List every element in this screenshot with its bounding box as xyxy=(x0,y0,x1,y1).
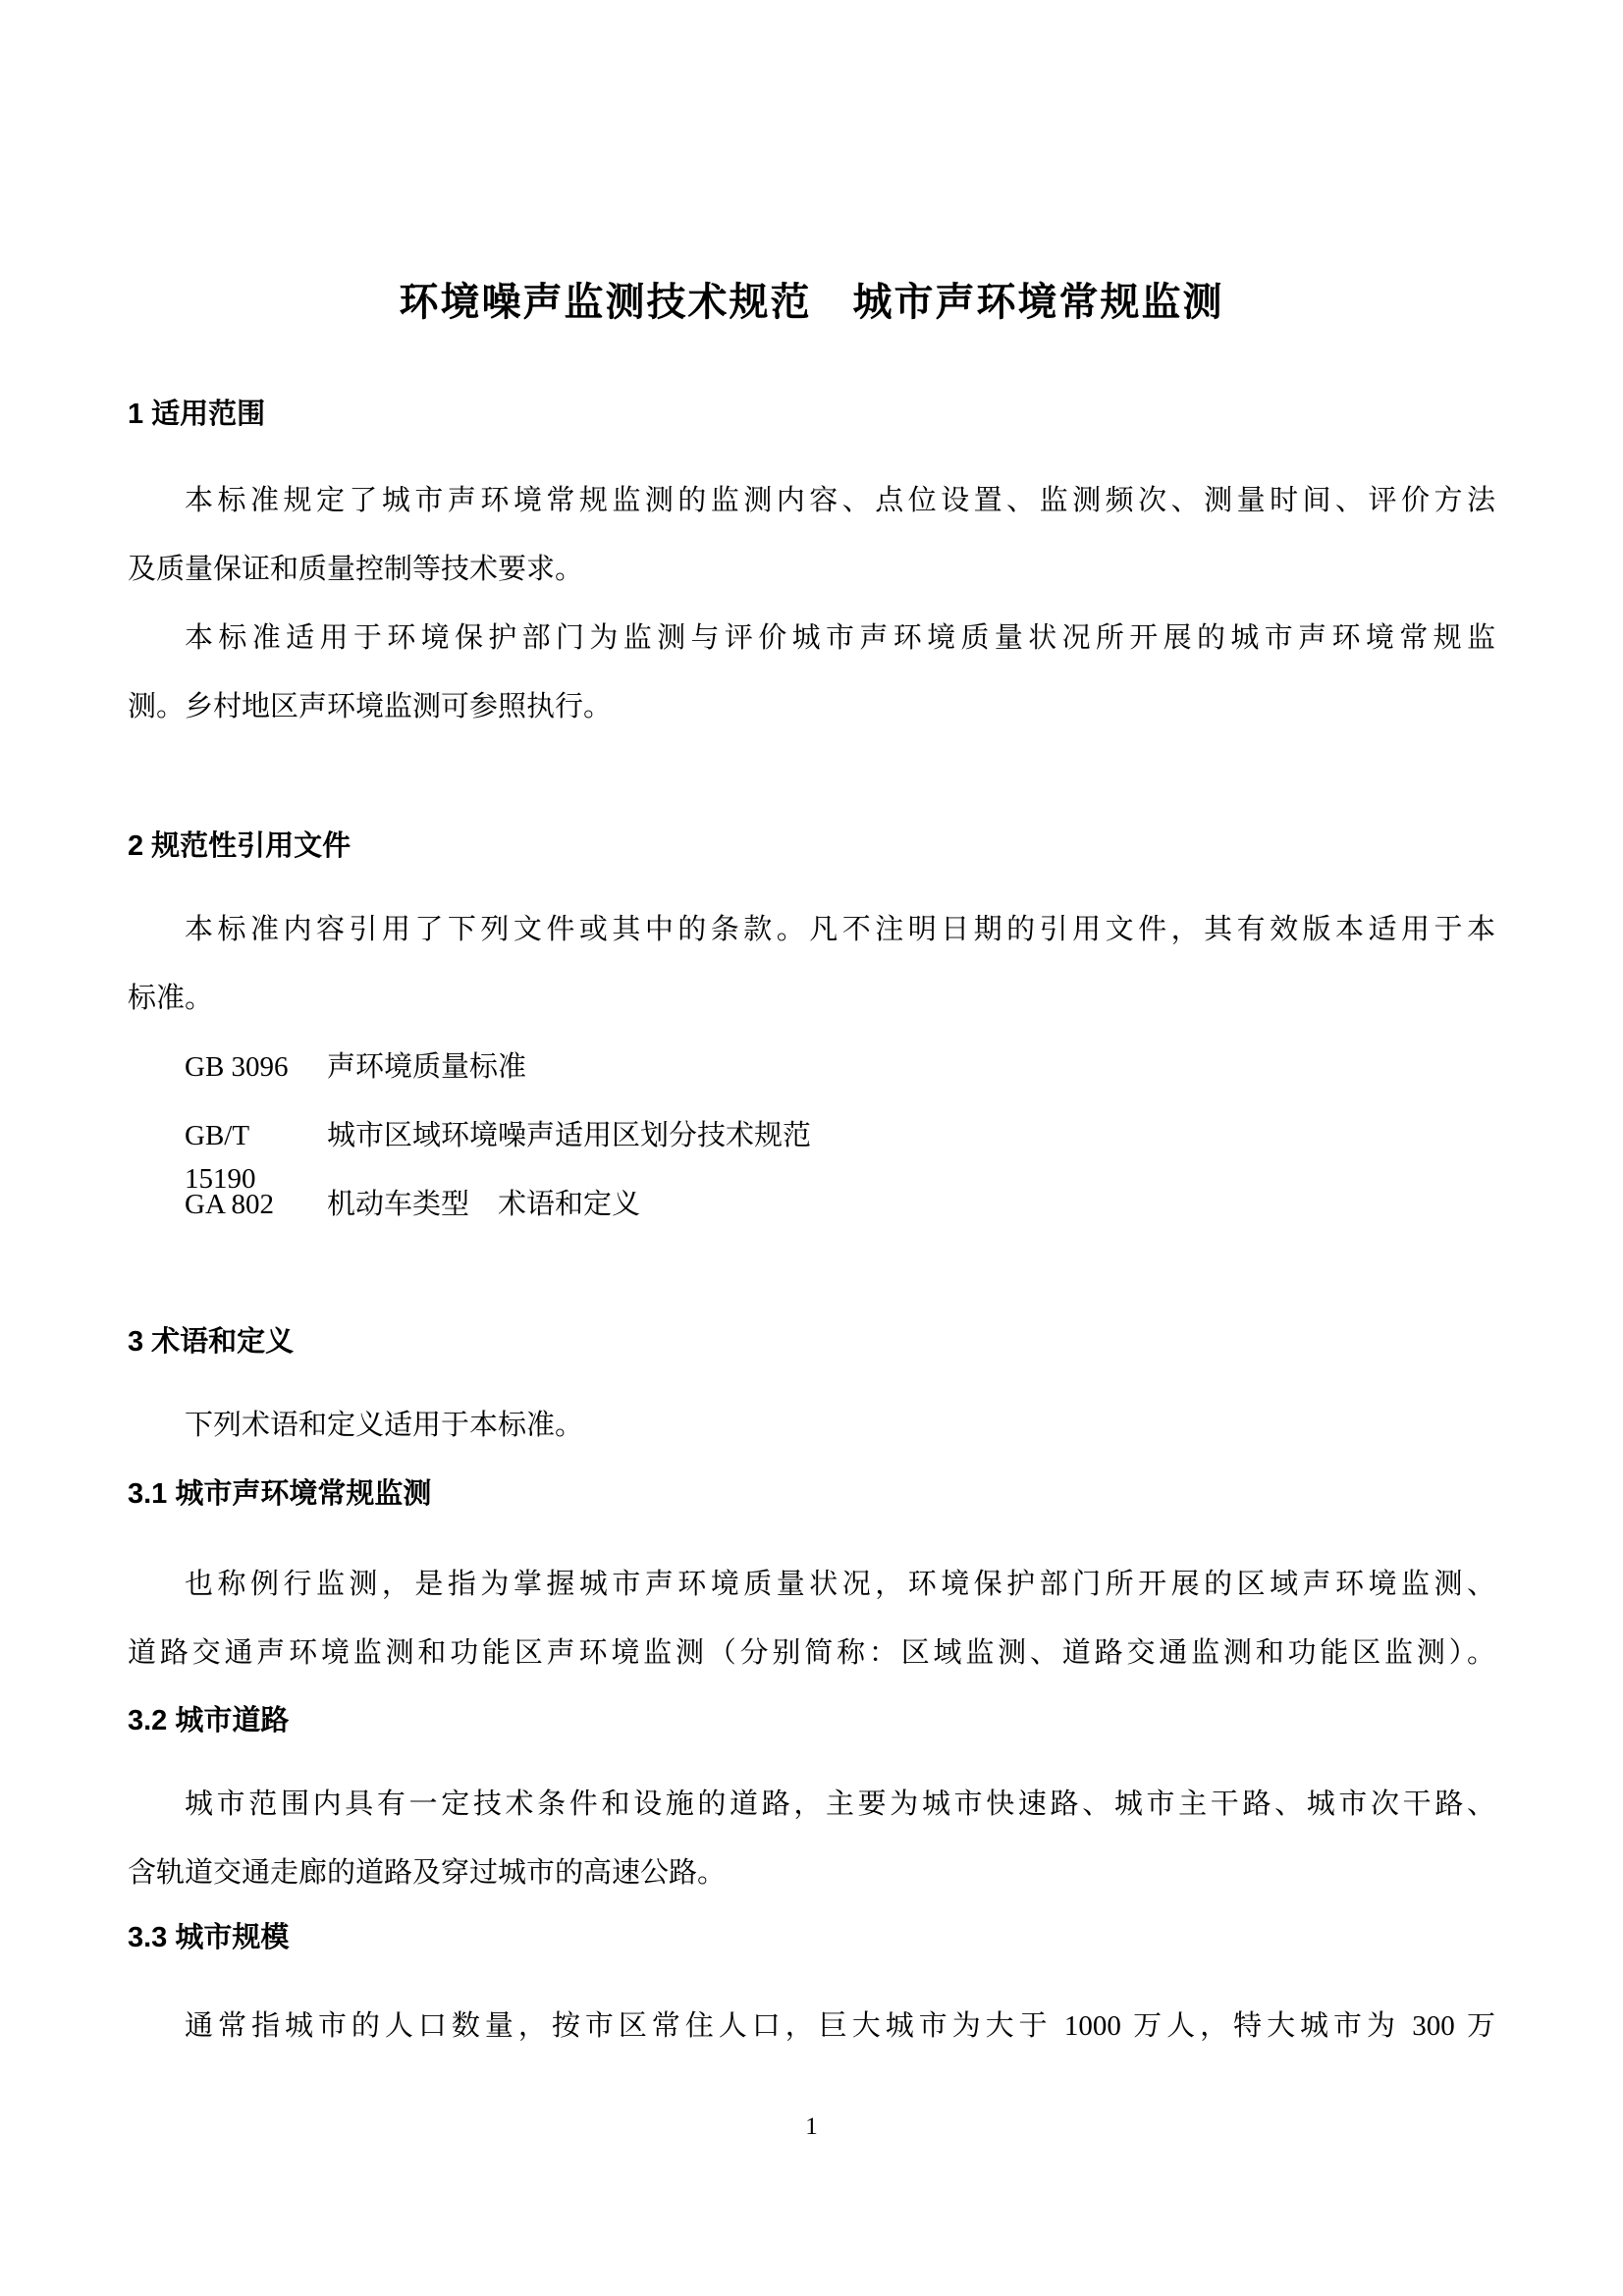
section-1-paragraph-2-line-2: 测。乡村地区声环境监测可参照执行。 xyxy=(128,685,1495,728)
reference-code: GB 3096 xyxy=(185,1045,327,1089)
section-3-2-line-1: 城市范围内具有一定技术条件和设施的道路，主要为城市快速路、城市主干路、城市次干路… xyxy=(128,1783,1495,1826)
reference-title: 机动车类型 术语和定义 xyxy=(327,1183,1495,1226)
section-3-3-line-1: 通常指城市的人口数量，按市区常住人口，巨大城市为大于 1000 万人，特大城市为… xyxy=(128,2004,1495,2048)
section-2-heading: 2 规范性引用文件 xyxy=(128,825,1495,868)
section-3-1-line-2: 道路交通声环境监测和功能区声环境监测（分别简称：区域监测、道路交通监测和功能区监… xyxy=(128,1631,1495,1675)
section-3-1-line-1: 也称例行监测，是指为掌握城市声环境质量状况，环境保护部门所开展的区域声环境监测、 xyxy=(128,1563,1495,1606)
page-number: 1 xyxy=(0,2110,1623,2144)
section-2-paragraph-line-1: 本标准内容引用了下列文件或其中的条款。凡不注明日期的引用文件，其有效版本适用于本 xyxy=(128,908,1495,951)
section-3-2-heading: 3.2 城市道路 xyxy=(128,1699,1495,1742)
document-page: 环境噪声监测技术规范 城市声环境常规监测 1 适用范围 本标准规定了城市声环境常… xyxy=(0,0,1623,2296)
section-3-heading: 3 术语和定义 xyxy=(128,1320,1495,1363)
section-3-1-heading: 3.1 城市声环境常规监测 xyxy=(128,1472,1495,1516)
document-title: 环境噪声监测技术规范 城市声环境常规监测 xyxy=(0,279,1623,326)
section-3-2-line-2: 含轨道交通走廊的道路及穿过城市的高速公路。 xyxy=(128,1851,1495,1895)
section-1-heading: 1 适用范围 xyxy=(128,393,1495,436)
section-3-intro: 下列术语和定义适用于本标准。 xyxy=(128,1404,1495,1447)
section-1-paragraph-2-line-1: 本标准适用于环境保护部门为监测与评价城市声环境质量状况所开展的城市声环境常规监 xyxy=(128,616,1495,660)
section-1-paragraph-1-line-2: 及质量保证和质量控制等技术要求。 xyxy=(128,548,1495,591)
reference-item: GA 802 机动车类型 术语和定义 xyxy=(128,1183,1495,1226)
section-3-3-heading: 3.3 城市规模 xyxy=(128,1916,1495,1959)
section-1-paragraph-1-line-1: 本标准规定了城市声环境常规监测的监测内容、点位设置、监测频次、测量时间、评价方法 xyxy=(128,479,1495,522)
section-2-paragraph-line-2: 标准。 xyxy=(128,977,1495,1020)
reference-title: 声环境质量标准 xyxy=(327,1045,1495,1089)
reference-code: GA 802 xyxy=(185,1183,327,1226)
reference-item: GB 3096 声环境质量标准 xyxy=(128,1045,1495,1089)
